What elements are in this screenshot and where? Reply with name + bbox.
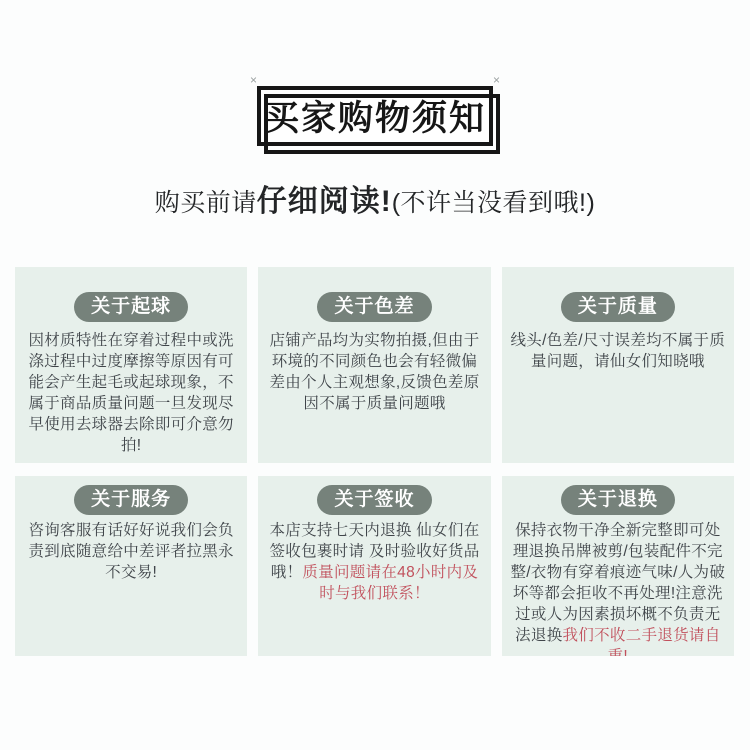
card-body-text: 店铺产品均为实物拍摄,但由于环境的不同颜色也会有轻微偏差由个人主观想象,反馈色差… (264, 330, 484, 414)
card-body-alert: 我们不收二手退货请自重! (563, 627, 721, 656)
notice-card-sign-receipt: 关于签收 本店支持七天内退换 仙女们在签收包裹时请 及时验收好货品哦！质量问题请… (258, 476, 490, 656)
card-body-text: 咨询客服有话好好说我们会负责到底随意给中差评者拉黑永不交易! (21, 520, 241, 583)
sketch-cross-icon: × (250, 73, 257, 87)
card-body-text: 因材质特性在穿着过程中或洗涤过程中过度摩擦等原因有可能会产生起毛或起球现象，不属… (21, 330, 241, 456)
title-box: 买家购物须知 (257, 86, 493, 146)
card-tag-pill: 关于起球 (74, 292, 188, 322)
card-tag-label: 关于服务 (91, 489, 171, 510)
card-body-text: 保持衣物干净全新完整即可处理退换吊牌被剪/包装配件不完整/衣物有穿着痕迹气味/人… (508, 520, 728, 656)
card-tag-label: 关于色差 (334, 296, 414, 317)
card-tag-pill: 关于色差 (317, 292, 431, 322)
card-tag-label: 关于质量 (578, 296, 658, 317)
card-body-main: 店铺产品均为实物拍摄,但由于环境的不同颜色也会有轻微偏差由个人主观想象,反馈色差… (269, 332, 479, 412)
subtitle-suffix: (不许当没看到哦!) (392, 189, 596, 217)
card-tag-label: 关于起球 (91, 296, 171, 317)
card-tag-label: 关于签收 (334, 489, 414, 510)
card-tag-pill: 关于签收 (317, 485, 431, 515)
notice-card-color-difference: 关于色差 店铺产品均为实物拍摄,但由于环境的不同颜色也会有轻微偏差由个人主观想象… (258, 267, 490, 463)
card-tag-label: 关于退换 (578, 489, 658, 510)
subtitle: 购买前请仔细阅读!(不许当没看到哦!) (0, 176, 750, 220)
card-body-text: 线头/色差/尺寸误差均不属于质量问题，请仙女们知晓哦 (508, 330, 728, 372)
notice-card-service: 关于服务 咨询客服有话好好说我们会负责到底随意给中差评者拉黑永不交易! (15, 476, 247, 656)
card-body-alert: 质量问题请在48小时内及时与我们联系！ (302, 564, 478, 602)
notice-card-quality: 关于质量 线头/色差/尺寸误差均不属于质量问题，请仙女们知晓哦 (502, 267, 734, 463)
card-tag-pill: 关于服务 (74, 485, 188, 515)
card-body-main: 咨询客服有话好好说我们会负责到底随意给中差评者拉黑永不交易! (28, 522, 233, 581)
title-plaque: × × 买家购物须知 (257, 86, 493, 146)
sketch-cross-icon: × (493, 73, 500, 87)
notice-header: × × 买家购物须知 购买前请仔细阅读!(不许当没看到哦!) (0, 86, 750, 220)
card-tag-pill: 关于退换 (561, 485, 675, 515)
card-body-main: 保持衣物干净全新完整即可处理退换吊牌被剪/包装配件不完整/衣物有穿着痕迹气味/人… (511, 522, 726, 644)
notice-card-pilling: 关于起球 因材质特性在穿着过程中或洗涤过程中过度摩擦等原因有可能会产生起毛或起球… (15, 267, 247, 463)
card-body-text: 本店支持七天内退换 仙女们在签收包裹时请 及时验收好货品哦！质量问题请在48小时… (264, 520, 484, 604)
subtitle-emphasis: 仔细阅读! (257, 185, 392, 218)
notice-card-grid: 关于起球 因材质特性在穿着过程中或洗涤过程中过度摩擦等原因有可能会产生起毛或起球… (0, 267, 750, 656)
card-tag-pill: 关于质量 (561, 292, 675, 322)
card-body-main: 线头/色差/尺寸误差均不属于质量问题，请仙女们知晓哦 (511, 332, 726, 370)
page-title: 买家购物须知 (264, 91, 486, 141)
card-body-main: 因材质特性在穿着过程中或洗涤过程中过度摩擦等原因有可能会产生起毛或起球现象，不属… (28, 332, 233, 454)
subtitle-prefix: 购买前请 (155, 189, 257, 217)
notice-card-returns: 关于退换 保持衣物干净全新完整即可处理退换吊牌被剪/包装配件不完整/衣物有穿着痕… (502, 476, 734, 656)
